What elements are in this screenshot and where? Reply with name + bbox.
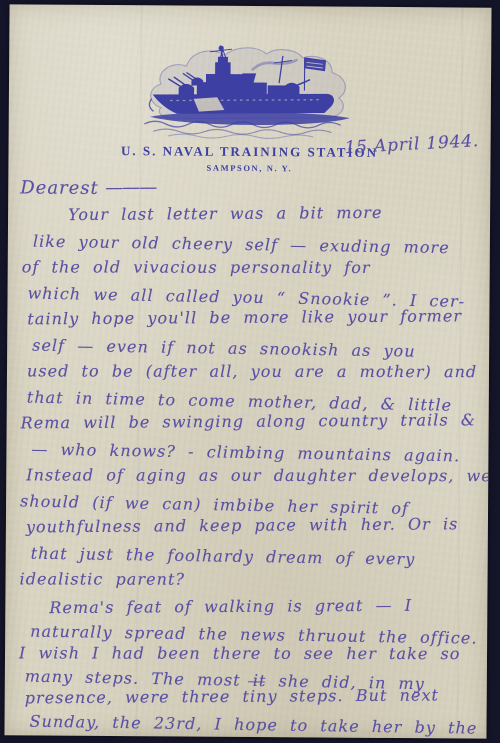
handwritten-line: presence, were three tiny steps. But nex… — [17, 685, 481, 711]
letter-paper: U. S. NAVAL TRAINING STATION SAMPSON, N.… — [4, 4, 491, 738]
handwritten-line: idealistic parent? — [18, 566, 482, 593]
handwritten-line: I wish I had been there to see her take … — [17, 643, 481, 666]
salutation-word: Dearest — [20, 177, 99, 199]
battleship-icon — [141, 43, 360, 141]
handwritten-line: youthfulness and keep pace with her. Or … — [18, 511, 482, 540]
handwritten-line: Rema will be swinging along country trai… — [19, 407, 483, 436]
letter-paragraph-2: Rema's feat of walking is great — Inatur… — [16, 597, 481, 736]
handwritten-line: used to be (after all, you are a mother)… — [19, 358, 483, 385]
handwritten-line: Rema's feat of walking is great — I — [17, 594, 481, 620]
handwritten-line: Sunday, the 23rd, I hope to take her by … — [16, 710, 480, 738]
handwritten-line: of the old vivacious personality for — [20, 254, 484, 281]
handwritten-line: Your last letter was a bit more — [20, 199, 484, 228]
station-location: SAMPSON, N. Y. — [8, 161, 490, 174]
handwritten-line: Instead of aging as our daughter develop… — [18, 462, 482, 489]
salutation-dash: ——— — [105, 177, 156, 199]
handwritten-line: tainly hope you'll be more like your for… — [19, 303, 483, 332]
letter-body: Dearest——— Your last letter was a bit mo… — [16, 176, 484, 736]
letter-paragraph-1: Your last letter was a bit morelike your… — [17, 202, 484, 595]
photo-backdrop: U. S. NAVAL TRAINING STATION SAMPSON, N.… — [0, 0, 500, 743]
